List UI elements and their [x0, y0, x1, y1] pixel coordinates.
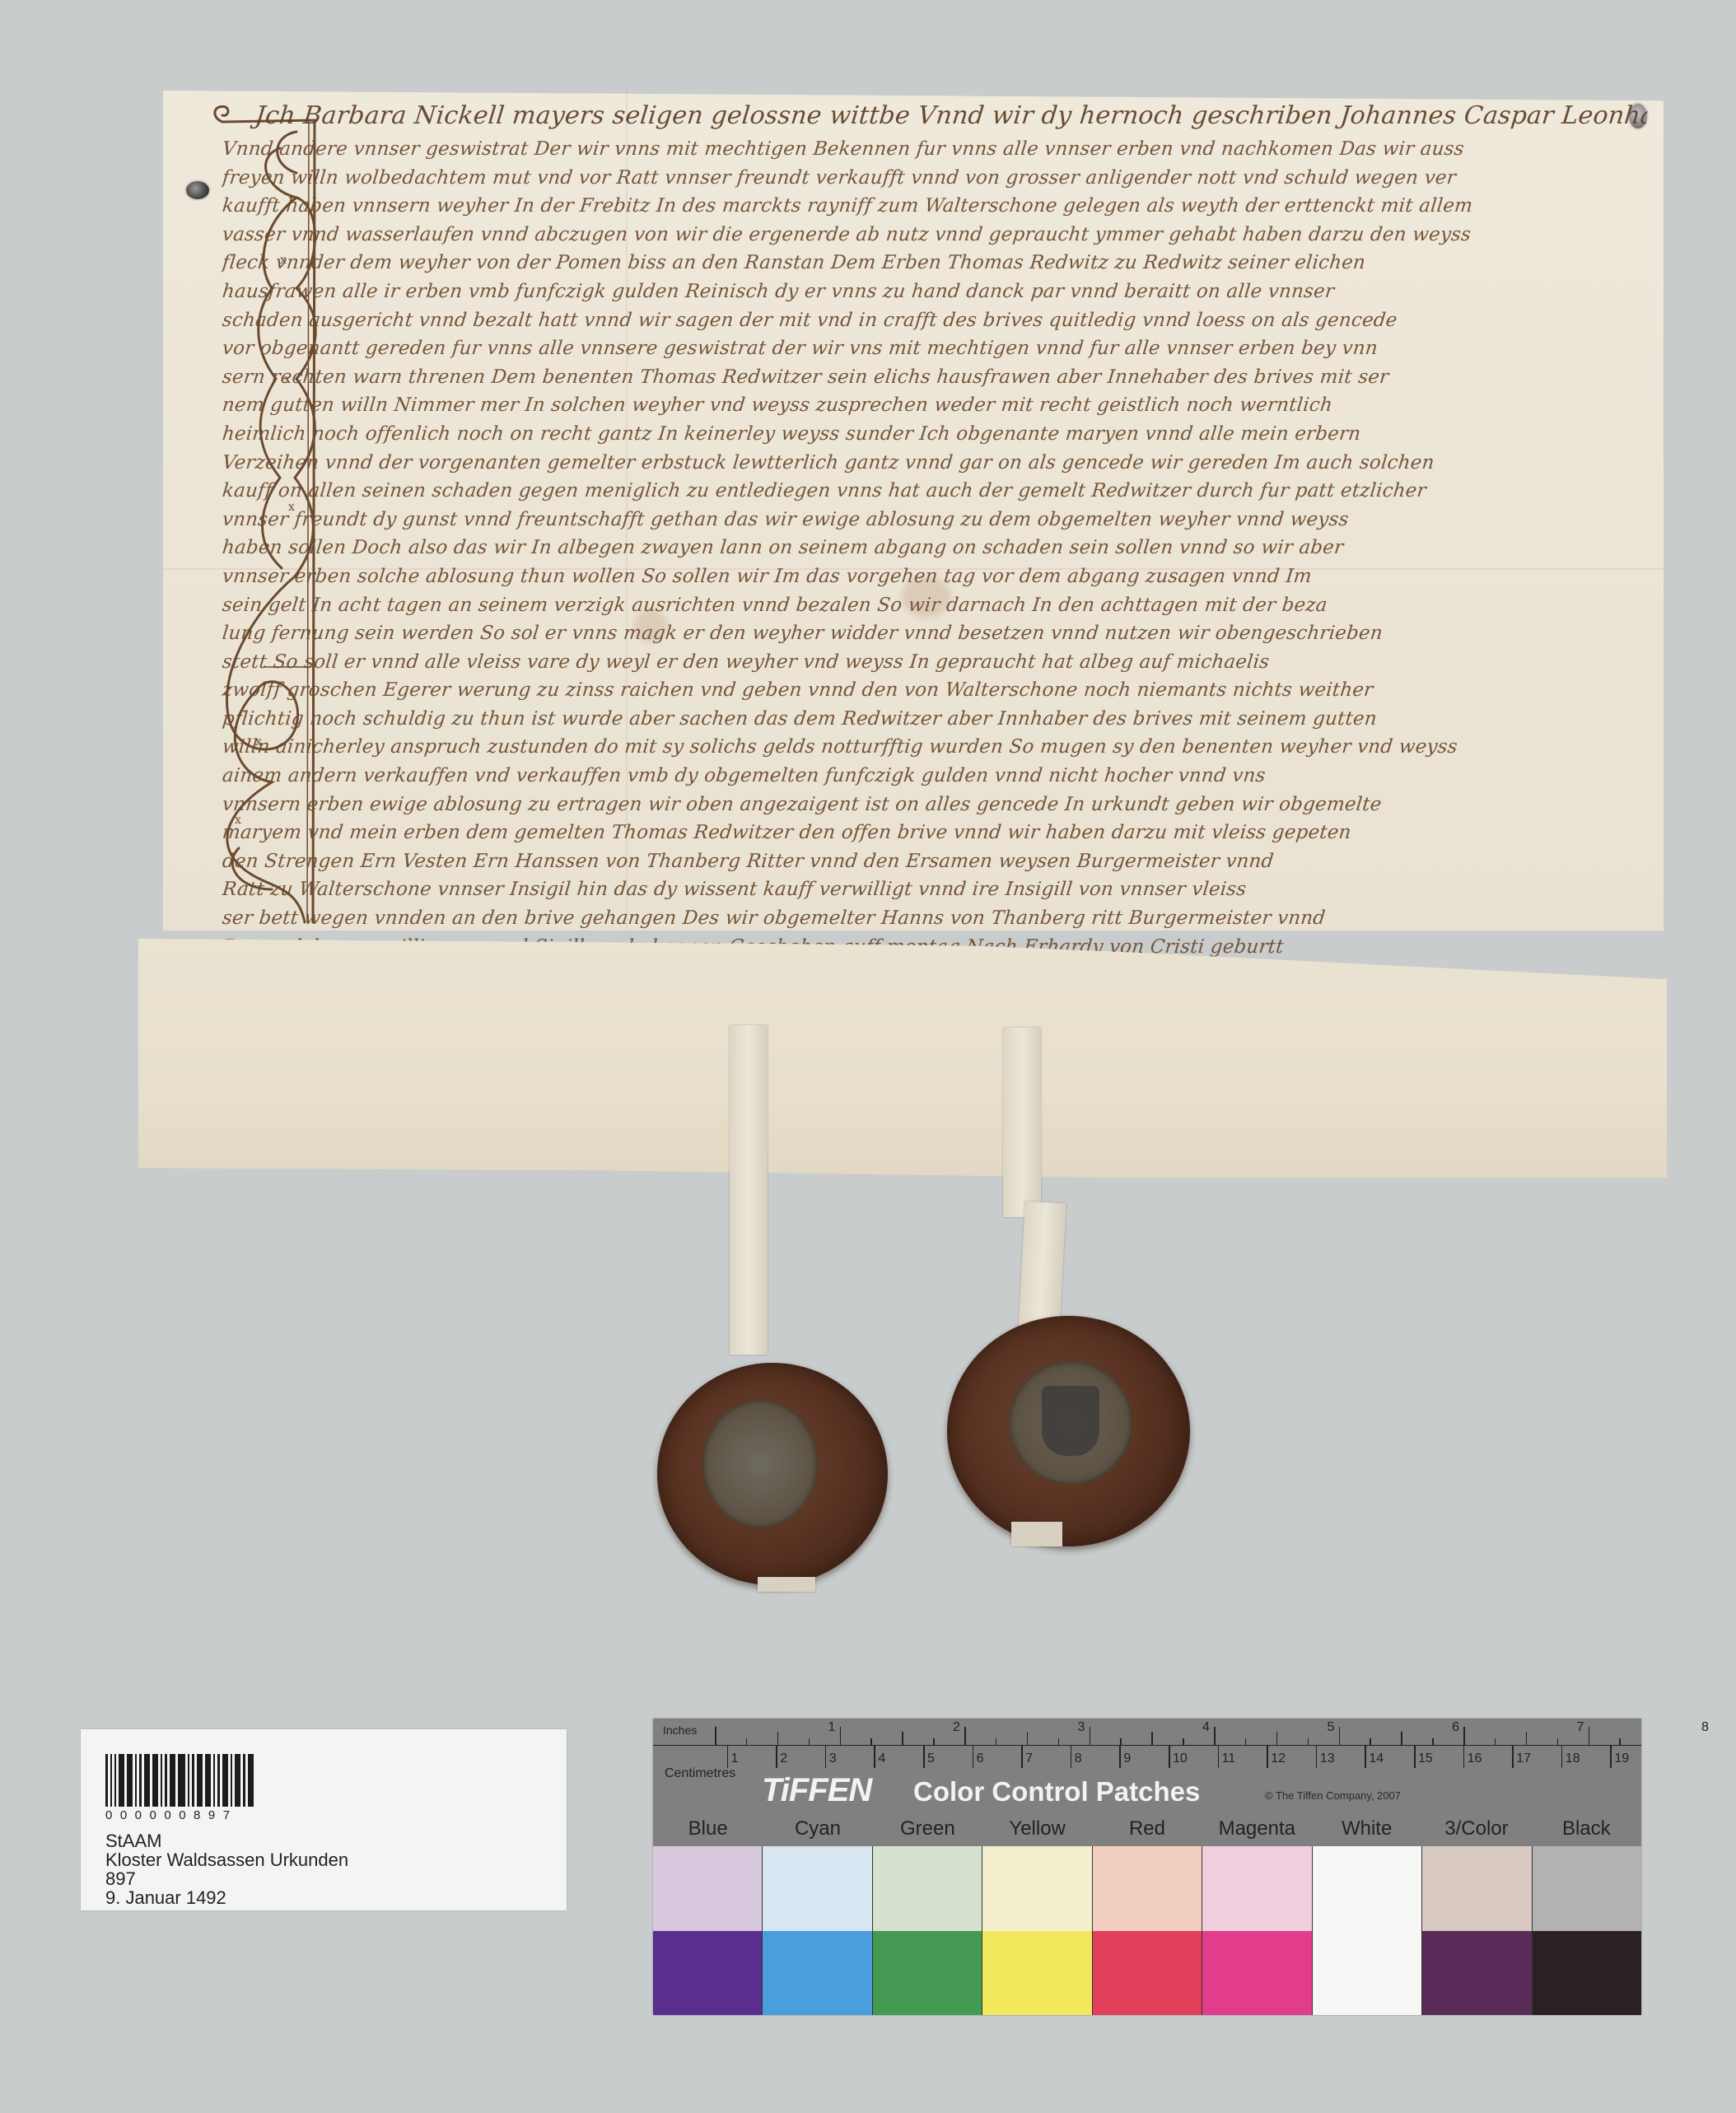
opening-line: Jch Barbara Nickell mayers seligen gelos…: [221, 97, 1650, 135]
cm-mark: 14: [1369, 1752, 1384, 1766]
inch-tick: [777, 1732, 779, 1745]
inch-tick: [1432, 1738, 1434, 1745]
patch-name-white: White: [1312, 1817, 1421, 1842]
inch-tick: [1589, 1727, 1590, 1745]
patch-dark: [653, 1931, 762, 2016]
ruler: Inches 123456781234567891011121314151617…: [653, 1719, 1641, 1780]
patch-name-cyan: Cyan: [763, 1817, 872, 1842]
inch-tick: [1619, 1738, 1621, 1745]
script-line: pflichtig noch schuldig zu thun ist wurd…: [221, 705, 1649, 734]
script-line: hausfrawen alle ir erben vmb funfczigk g…: [221, 278, 1649, 306]
patch-dark: [1202, 1931, 1311, 2016]
patch-dark: [982, 1931, 1091, 2016]
script-line: willn ainicherley anspruch zustunden do …: [221, 733, 1649, 762]
seal-strap-end: [758, 1577, 815, 1592]
chart-copyright: © The Tiffen Company, 2007: [1265, 1789, 1401, 1802]
script-line: heimlich noch offenlich noch on recht ga…: [221, 420, 1649, 449]
seal-strap: [730, 1025, 768, 1355]
inch-tick: [1276, 1732, 1278, 1745]
inch-mark: 3: [1078, 1720, 1085, 1735]
script-line: ser bett wegen vnnden an den brive gehan…: [221, 904, 1649, 933]
cm-mark: 5: [927, 1752, 935, 1766]
patch-column-white: [1312, 1846, 1421, 2015]
cm-mark: 13: [1320, 1752, 1335, 1766]
inch-mark: 8: [1701, 1720, 1709, 1735]
inch-mark: 5: [1328, 1720, 1335, 1735]
cm-mark: 12: [1271, 1752, 1286, 1766]
inch-tick: [902, 1732, 903, 1745]
inch-mark: 2: [953, 1720, 960, 1735]
cm-tick: [1316, 1745, 1318, 1768]
seal-strap: [1003, 1028, 1041, 1217]
inch-tick: [1557, 1738, 1559, 1745]
cm-mark: 3: [829, 1752, 837, 1766]
document-date: 9. Januar 1492: [105, 1889, 226, 1907]
patch-light: [1422, 1846, 1531, 1931]
chart-title: Color Control Patches: [913, 1776, 1200, 1807]
patch-column-3color: [1421, 1846, 1531, 2015]
cm-mark: 4: [878, 1752, 885, 1766]
cm-tick: [923, 1745, 925, 1768]
cm-mark: 16: [1468, 1752, 1482, 1766]
cm-tick: [1365, 1745, 1366, 1768]
color-control-chart: Inches 123456781234567891011121314151617…: [653, 1719, 1641, 2015]
patch-name-black: Black: [1532, 1817, 1641, 1842]
inch-tick: [1463, 1727, 1465, 1745]
wax-seal-right: [947, 1316, 1190, 1546]
ruler-line: [653, 1745, 1641, 1746]
barcode-number: 000000897: [105, 1808, 278, 1822]
cm-tick: [1119, 1745, 1121, 1768]
inch-tick: [1245, 1738, 1247, 1745]
collection-name: Kloster Waldsassen Urkunden: [105, 1851, 348, 1869]
patch-dark: [873, 1931, 982, 2016]
inch-tick: [933, 1738, 935, 1745]
inch-mark: 1: [828, 1720, 836, 1735]
patch-light: [1533, 1846, 1641, 1931]
cm-tick: [973, 1745, 974, 1768]
patch-column-green: [872, 1846, 982, 2015]
patch-name-yellow: Yellow: [982, 1817, 1092, 1842]
script-line: vor obgenantt gereden fur vnns alle vnns…: [221, 334, 1649, 363]
barcode-icon: [105, 1754, 275, 1807]
inch-tick: [1151, 1732, 1153, 1745]
inch-tick: [996, 1738, 997, 1745]
inch-mark: 7: [1577, 1720, 1584, 1735]
cm-tick: [1414, 1745, 1416, 1768]
cm-tick: [1561, 1745, 1563, 1768]
patch-column-blue: [653, 1846, 762, 2015]
patch-dark: [1093, 1931, 1202, 2016]
inch-mark: 6: [1452, 1720, 1459, 1735]
script-line: vnnsern erben ewige ablosung zu ertragen…: [221, 791, 1649, 819]
patch-light: [763, 1846, 871, 1931]
script-line: ainem andern verkauffen vnd verkauffen v…: [221, 762, 1649, 791]
patch-name-red: Red: [1092, 1817, 1202, 1842]
inch-tick: [1058, 1738, 1060, 1745]
document-number: 897: [105, 1870, 136, 1888]
inch-tick: [1308, 1738, 1309, 1745]
patch-column-cyan: [762, 1846, 871, 2015]
script-line: lung fernung sein werden So sol er vnns …: [221, 619, 1649, 648]
cm-tick: [1169, 1745, 1170, 1768]
cm-tick: [1512, 1745, 1514, 1768]
cm-tick: [1267, 1745, 1268, 1768]
cm-mark: 18: [1566, 1752, 1580, 1766]
inch-tick: [1370, 1738, 1371, 1745]
patch-light: [1202, 1846, 1311, 1931]
inch-tick: [1183, 1738, 1184, 1745]
inch-tick: [1120, 1738, 1122, 1745]
patch-light: [873, 1846, 982, 1931]
seal-strap-end: [1011, 1522, 1062, 1546]
cm-mark: 8: [1075, 1752, 1082, 1766]
patch-column-yellow: [982, 1846, 1091, 2015]
cm-tick: [1610, 1745, 1612, 1768]
cm-mark: 7: [1025, 1752, 1033, 1766]
coat-of-arms-icon: [1042, 1386, 1099, 1456]
script-line: Verzeihen vnnd der vorgenanten gemelter …: [221, 449, 1649, 478]
inch-tick: [1090, 1727, 1091, 1745]
inch-tick: [1027, 1732, 1029, 1745]
script-line: sern rechten warn threnen Dem benenten T…: [221, 363, 1649, 392]
patch-light: [1313, 1846, 1421, 2015]
cm-tick: [874, 1745, 875, 1768]
patch-column-black: [1532, 1846, 1641, 2015]
patch-names: Blue Cyan Green Yellow Red Magenta White…: [653, 1817, 1641, 1842]
script-line: den Strengen Ern Vesten Ern Hanssen von …: [221, 847, 1649, 876]
cm-mark: 19: [1614, 1752, 1629, 1766]
inch-tick: [1526, 1732, 1528, 1745]
cm-tick: [727, 1745, 729, 1768]
inch-tick: [840, 1727, 842, 1745]
patch-name-blue: Blue: [653, 1817, 763, 1842]
patch-light: [1093, 1846, 1202, 1931]
cm-mark: 17: [1516, 1752, 1531, 1766]
patch-dark: [763, 1931, 871, 2016]
inch-tick: [1401, 1732, 1402, 1745]
inch-tick: [715, 1727, 716, 1745]
script-line: kaufft haben vnnsern weyher In der Frebi…: [221, 192, 1649, 221]
archive-label: 000000897 StAAM Kloster Waldsassen Urkun…: [81, 1729, 567, 1910]
charter-text: Jch Barbara Nickell mayers seligen gelos…: [222, 97, 1647, 990]
cm-mark: 6: [977, 1752, 984, 1766]
script-line: nem gutten willn Nimmer mer In solchen w…: [221, 391, 1649, 420]
patch-light: [982, 1846, 1091, 1931]
script-line: haben sollen Doch also das wir In albege…: [221, 534, 1649, 562]
inch-mark: 4: [1202, 1720, 1210, 1735]
script-line: Vnnd andere vnnser geswistrat Der wir vn…: [221, 135, 1649, 164]
inch-tick: [746, 1738, 748, 1745]
patch-name-green: Green: [873, 1817, 982, 1842]
patch-dark: [1533, 1931, 1641, 2016]
plica-flap: [138, 939, 1667, 1178]
script-line: zwolff groschen Egerer werung zu zinss r…: [221, 676, 1649, 705]
script-line: Ratt zu Walterschone vnnser Insigil hin …: [221, 875, 1649, 904]
cm-tick: [825, 1745, 827, 1768]
inch-tick: [964, 1727, 966, 1745]
cm-mark: 15: [1418, 1752, 1433, 1766]
cm-mark: 11: [1222, 1752, 1236, 1766]
cm-tick: [1071, 1745, 1072, 1768]
patch-column-magenta: [1202, 1846, 1311, 2015]
patch-column-red: [1092, 1846, 1202, 2015]
color-patches: [653, 1846, 1641, 2015]
inch-tick: [1214, 1727, 1216, 1745]
stain: [634, 609, 667, 642]
script-line: vasser vnnd wasserlaufen vnnd abczugen v…: [221, 221, 1649, 250]
inch-tick: [1495, 1738, 1496, 1745]
cm-mark: 10: [1173, 1752, 1188, 1766]
script-line: maryem vnd mein erben dem gemelten Thoma…: [221, 819, 1649, 847]
stain: [902, 576, 951, 618]
patch-name-3color: 3/Color: [1421, 1817, 1531, 1842]
cm-mark: 1: [731, 1752, 739, 1766]
patch-light: [653, 1846, 762, 1931]
inches-label: Inches: [663, 1724, 697, 1737]
tiffen-logo: TiFFEN: [762, 1772, 871, 1809]
centimetres-label: Centimetres: [665, 1766, 735, 1781]
script-line: stett So soll er vnnd alle vleiss vare d…: [221, 648, 1649, 677]
archive-name: StAAM: [105, 1832, 161, 1850]
script-line: kauff on allen seinen schaden gegen meni…: [221, 477, 1649, 506]
inch-tick: [1339, 1727, 1341, 1745]
cm-tick: [1463, 1745, 1465, 1768]
cm-tick: [1218, 1745, 1220, 1768]
script-line: freyen willn wolbedachtem mut vnd vor Ra…: [221, 164, 1649, 193]
cm-mark: 2: [780, 1752, 787, 1766]
inch-tick: [870, 1738, 872, 1745]
script-line: vnnser freundt dy gunst vnnd freuntschaf…: [221, 506, 1649, 534]
cm-tick: [776, 1745, 777, 1768]
script-line: schaden ausgericht vnnd bezalt hatt vnnd…: [221, 306, 1649, 335]
patch-dark: [1422, 1931, 1531, 2016]
wax-seal-left: [657, 1363, 888, 1585]
inch-tick: [809, 1738, 810, 1745]
script-line: fleck vnnder dem weyher von der Pomen bi…: [221, 249, 1649, 278]
cm-tick: [1021, 1745, 1023, 1768]
cm-mark: 9: [1123, 1752, 1131, 1766]
patch-name-magenta: Magenta: [1202, 1817, 1312, 1842]
